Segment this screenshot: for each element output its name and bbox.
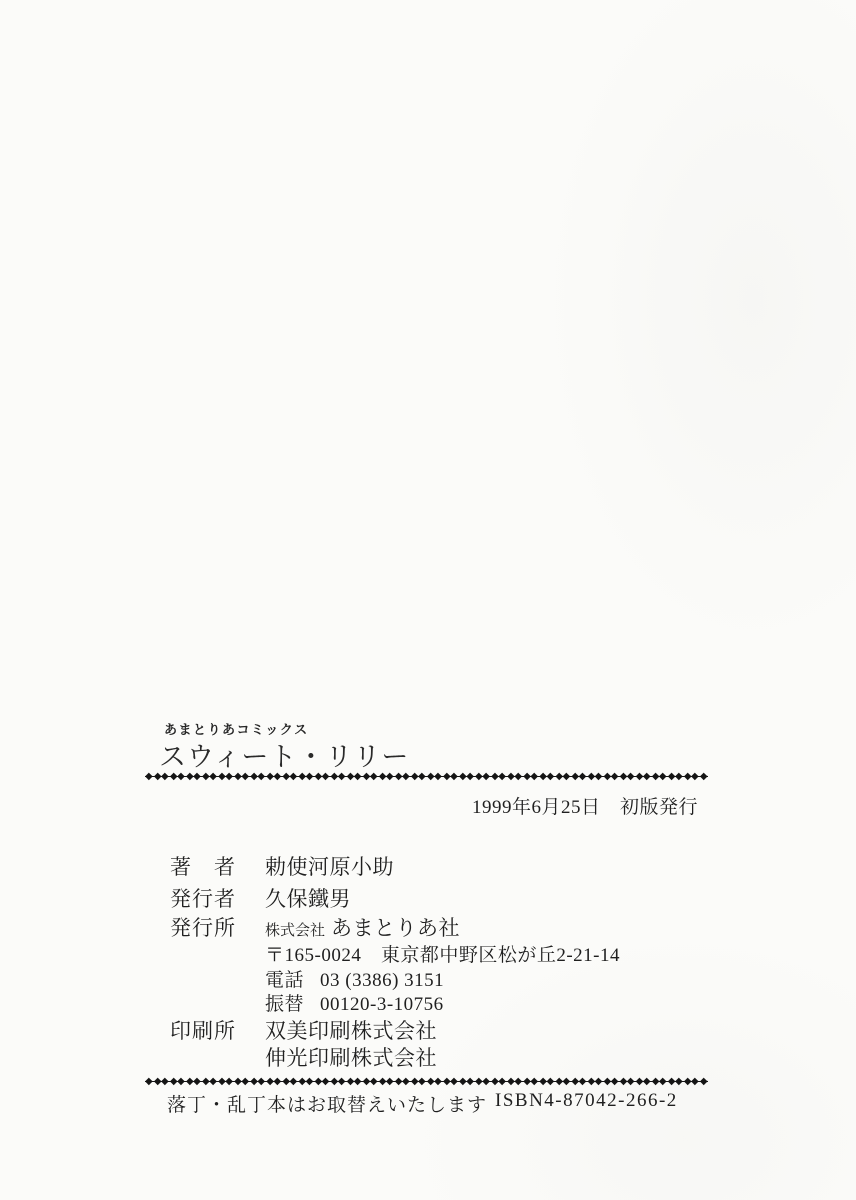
transfer-label: 振替: [265, 994, 304, 1015]
diamond-ornament-row: ◆ ◆◆ ◆◆ ◆◆ ◆◆ ◆◆ ◆◆ ◆◆ ◆◆ ◆◆ ◆◆ ◆◆ ◆◆ ◆◆…: [145, 770, 708, 783]
printer-name-1: 双美印刷株式会社: [265, 1015, 437, 1045]
phone-line: 電話03 (3386) 3151: [265, 965, 444, 992]
publishing-house-name: あまとりあ社: [331, 916, 460, 940]
diamond-divider-top: ◆ ◆◆ ◆◆ ◆◆ ◆◆ ◆◆ ◆◆ ◆◆ ◆◆ ◆◆ ◆◆ ◆◆ ◆◆ ◆◆…: [145, 770, 708, 783]
phone-label: 電話: [265, 970, 304, 991]
postal-transfer-line: 振替00120-3-10756: [265, 989, 444, 1016]
publishing-house-line: 株式会社あまとりあ社: [265, 912, 460, 942]
defect-replacement-notice: 落丁・乱丁本はお取替えいたします: [167, 1090, 487, 1117]
transfer-account-number: 00120-3-10756: [320, 994, 444, 1015]
publisher-name: 久保鐵男: [265, 883, 351, 913]
publisher-label: 発行者: [170, 883, 236, 913]
author-label: 著 者: [170, 851, 236, 881]
edition-date-line: 1999年6月25日 初版発行: [472, 792, 698, 819]
postal-address: 〒165-0024 東京都中野区松が丘2-21-14: [265, 940, 620, 967]
printer-label: 印刷所: [170, 1015, 236, 1045]
author-name: 勅使河原小助: [265, 851, 394, 881]
printer-name-2: 伸光印刷株式会社: [265, 1042, 437, 1072]
book-title: スウィート・リリー: [159, 735, 409, 774]
colophon-page: あまとりあコミックス スウィート・リリー ◆ ◆◆ ◆◆ ◆◆ ◆◆ ◆◆ ◆◆…: [0, 0, 856, 1200]
diamond-ornament-row: ◆ ◆◆ ◆◆ ◆◆ ◆◆ ◆◆ ◆◆ ◆◆ ◆◆ ◆◆ ◆◆ ◆◆ ◆◆ ◆◆…: [145, 1075, 708, 1088]
phone-number: 03 (3386) 3151: [320, 970, 444, 991]
isbn-number: ISBN4-87042-266-2: [495, 1090, 678, 1112]
diamond-divider-bottom: ◆ ◆◆ ◆◆ ◆◆ ◆◆ ◆◆ ◆◆ ◆◆ ◆◆ ◆◆ ◆◆ ◆◆ ◆◆ ◆◆…: [145, 1075, 708, 1088]
company-type-prefix: 株式会社: [265, 923, 325, 939]
publishing-house-label: 発行所: [170, 912, 236, 942]
